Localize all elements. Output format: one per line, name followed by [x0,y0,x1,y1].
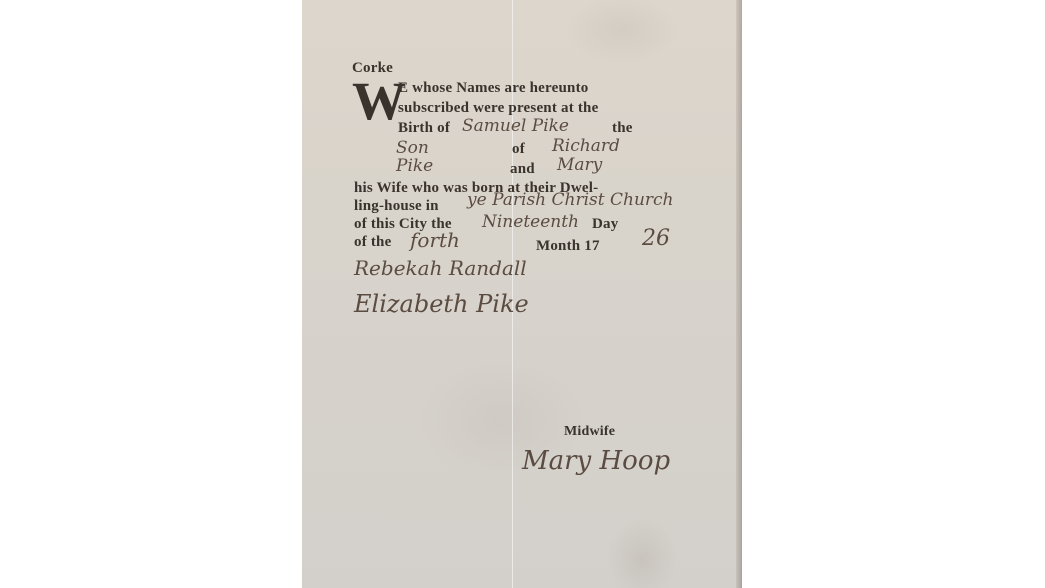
midwife-signature: Mary Hoop [522,446,670,476]
birth-certificate-page: Corke W E whose Names are hereunto subsc… [302,0,742,588]
handwritten-surname: Pike [396,156,433,176]
handwritten-father-name: Richard [552,136,620,156]
handwritten-day: Nineteenth [482,212,579,232]
printed-month-year: Month 17 [536,238,600,255]
printed-dwelling: ling-house in [354,198,439,215]
printed-day: Day [592,216,618,233]
handwritten-year-digits: 26 [642,226,670,251]
handwritten-son: Son [396,138,429,158]
printed-birth-of: Birth of [398,120,450,137]
midwife-label: Midwife [564,424,615,440]
handwritten-month: forth [410,228,460,252]
printed-the: the [612,120,633,137]
witness-signature-2: Elizabeth Pike [354,290,529,318]
printed-of-the: of the [354,234,391,251]
witness-signature-1: Rebekah Randall [354,256,527,280]
page-edge [736,0,742,588]
handwritten-parish: ye Parish Christ Church [467,190,674,210]
handwritten-mother-name: Mary [557,155,602,175]
printed-of: of [512,141,525,158]
printed-line-1: E whose Names are hereunto [398,80,588,97]
printed-line-2: subscribed were present at the [398,100,598,117]
printed-and: and [510,161,535,178]
handwritten-child-name: Samuel Pike [462,116,569,136]
